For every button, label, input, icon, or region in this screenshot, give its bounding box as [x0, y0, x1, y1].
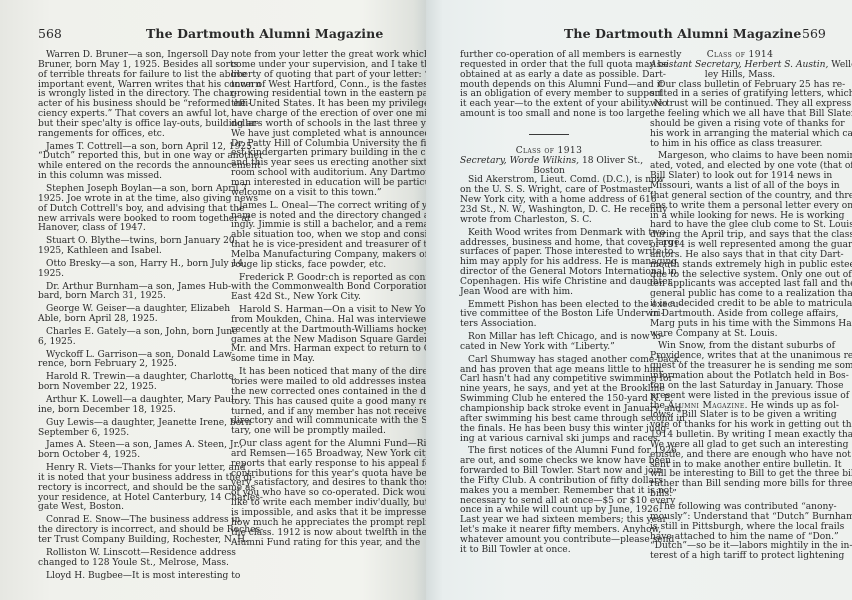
- text-line: some time in May.: [231, 355, 411, 365]
- paragraph: further co-operation of all members is e…: [460, 51, 638, 120]
- paragraph: Lloyd H. Bugbee—It is most interesting t…: [38, 572, 219, 582]
- text-line: welcome on a visit to this town.”: [231, 189, 411, 199]
- right-page-column-2: Class of 1914 Assistant Secretary, Herbe…: [650, 51, 830, 565]
- text-line: born November 22, 1925.: [38, 383, 219, 393]
- paragraph: The following was contributed “anony-mou…: [650, 503, 830, 562]
- paragraph: Ron Millar has left Chicago, and is now …: [460, 333, 638, 353]
- section-divider: [529, 134, 569, 135]
- page-number-left: 568: [38, 26, 62, 41]
- paragraph: Our class agent for the Alumni Fund—Rich…: [231, 440, 411, 548]
- paragraph: Frederick P. Goodr:ch is reported as con…: [231, 274, 411, 304]
- text-line: wrote from Charleston, S. C.: [460, 216, 638, 226]
- paragraph: James L. Oneal—The correct writing of yo…: [231, 202, 411, 271]
- paragraph: Stuart O. Blythe—twins, born January 20,…: [38, 237, 219, 257]
- text-line: to him in his office as class treasurer.: [650, 140, 830, 150]
- paragraph: Margeson, who claims to have been nomin-…: [650, 152, 830, 339]
- left-page-column-2: note from your letter the great work whi…: [231, 51, 411, 551]
- paragraph: Charles E. Gately—a son, John, born June…: [38, 328, 219, 348]
- left-page-column-1: Warren D. Bruner—a son, Ingersoll DayBru…: [38, 51, 219, 584]
- paragraph: Win Snow, from the distant suburbs ofPro…: [650, 342, 830, 500]
- magazine-spread: 568 The Dartmouth Alumni Magazine Warren…: [0, 0, 852, 600]
- text-line: rather than Bill sending more bills for …: [650, 480, 830, 490]
- text-line: Otto Bresky—a son, Harry H., born July 1…: [38, 260, 219, 270]
- text-line: terest of a high tariff to protect light…: [650, 552, 830, 562]
- paragraph: Wyckoff L. Garrison—a son, Donald Law-re…: [38, 351, 219, 371]
- paragraph: Emmett Pishon has been elected to the ex…: [460, 301, 638, 331]
- text-line: 6, 1925.: [38, 338, 219, 348]
- text-line: changed to 128 Youle St., Melrose, Mass.: [38, 559, 219, 569]
- text-line: Able, born April 28, 1925.: [38, 315, 219, 325]
- paragraph: It has been noticed that many of the dir…: [231, 368, 411, 437]
- text-line: East 42d St., New York City.: [231, 293, 411, 303]
- text-line: Jean Wood are with him.: [460, 288, 638, 298]
- text-line: bills.”: [650, 490, 830, 500]
- paragraph: Carl Shumway has staged another come-bac…: [460, 356, 638, 445]
- class-1914-notes: Our class bulletin of February 25 has re…: [650, 81, 830, 563]
- right-page-column-1: further co-operation of all members is e…: [460, 51, 638, 559]
- text-line: born October 4, 1925.: [38, 451, 219, 461]
- paragraph: Sid Akerstrom, Lieut. Comd. (D.C.), is n…: [460, 176, 638, 225]
- text-line: Lloyd H. Bugbee—It is most interesting t…: [38, 572, 219, 582]
- text-line: bard, born March 31, 1925.: [38, 292, 219, 302]
- paragraph: Rolliston W. Linscott—Residence addressc…: [38, 549, 219, 569]
- paragraph: Guy Lewis—a daughter, Jeanette Irene, bo…: [38, 419, 219, 439]
- text-line: rence, born February 2, 1925.: [38, 360, 219, 370]
- paragraph: Our class bulletin of February 25 has re…: [650, 81, 830, 150]
- paragraph: Arthur K. Lowell—a daughter, Mary Paul-i…: [38, 396, 219, 416]
- text-line: gate West, Boston.: [38, 503, 219, 513]
- right-page: The Dartmouth Alumni Magazine 569 furthe…: [426, 0, 852, 600]
- paragraph: Conrad E. Snow—The business address inth…: [38, 516, 219, 546]
- class-1913-notes: Sid Akerstrom, Lieut. Comd. (D.C.), is n…: [460, 176, 638, 555]
- text-line: ine, born December 18, 1925.: [38, 406, 219, 416]
- alumni-fund-continuation: further co-operation of all members is e…: [460, 51, 638, 120]
- text-line: September 6, 1925.: [38, 429, 219, 439]
- text-line: rangements for offices, etc.: [38, 130, 219, 140]
- text-line: ter Trust Company Building, Rochester, N…: [38, 536, 219, 546]
- paragraph: Warren D. Bruner—a son, Ingersoll DayBru…: [38, 51, 219, 140]
- text-line: it to Bill Towler at once.: [460, 546, 638, 556]
- text-line: ing at various carnival ski jumps and ra…: [460, 435, 638, 445]
- paragraph: Henry R. Viets—Thanks for your letter, a…: [38, 464, 219, 513]
- text-line: Alumni Fund rating for this year, and th…: [231, 539, 411, 549]
- paragraph: James A. Steen—a son, James A. Steen, Jr…: [38, 441, 219, 461]
- running-header-right: The Dartmouth Alumni Magazine: [564, 26, 801, 41]
- text-line: 1925, Kathleen and Isabel.: [38, 247, 219, 257]
- paragraph: James T. Cottrell—a son, born April 12, …: [38, 143, 219, 182]
- running-header-left: The Dartmouth Alumni Magazine: [146, 26, 383, 41]
- text-line: 1925.: [38, 270, 219, 280]
- left-page: 568 The Dartmouth Alumni Magazine Warren…: [0, 0, 426, 600]
- paragraph: Harold S. Harman—On a visit to New Yorkf…: [231, 306, 411, 365]
- paragraph: Otto Bresky—a son, Harry H., born July 1…: [38, 260, 219, 280]
- text-line: amount is too small and none is too larg…: [460, 110, 638, 120]
- paragraph: Keith Wood writes from Denmark with twoa…: [460, 229, 638, 298]
- paragraph: The first notices of the Alumni Fund for…: [460, 447, 638, 555]
- paragraph: Dr. Arthur Burnham—a son, James Hub-bard…: [38, 283, 219, 303]
- paragraph: note from your letter the great work whi…: [231, 51, 411, 199]
- paragraph: George W. Geiser—a daughter, ElizabehAbl…: [38, 305, 219, 325]
- text-line: ters Association.: [460, 320, 638, 330]
- text-line: tary, one will be promptly mailed.: [231, 427, 411, 437]
- paragraph: Harold R. Trewin—a daughter, Charlotte,b…: [38, 373, 219, 393]
- page-number-right: 569: [802, 26, 826, 41]
- text-line: rouge lip sticks, face powder, etc.: [231, 261, 411, 271]
- text-line: ware Company at St. Louis.: [650, 330, 830, 340]
- paragraph: Stephen Joseph Boylan—a son, born April …: [38, 185, 219, 234]
- text-line: in this column was missed.: [38, 172, 219, 182]
- text-line: Hanover, class of 1947.: [38, 224, 219, 234]
- text-line: cated in New York with “Liberty.”: [460, 343, 638, 353]
